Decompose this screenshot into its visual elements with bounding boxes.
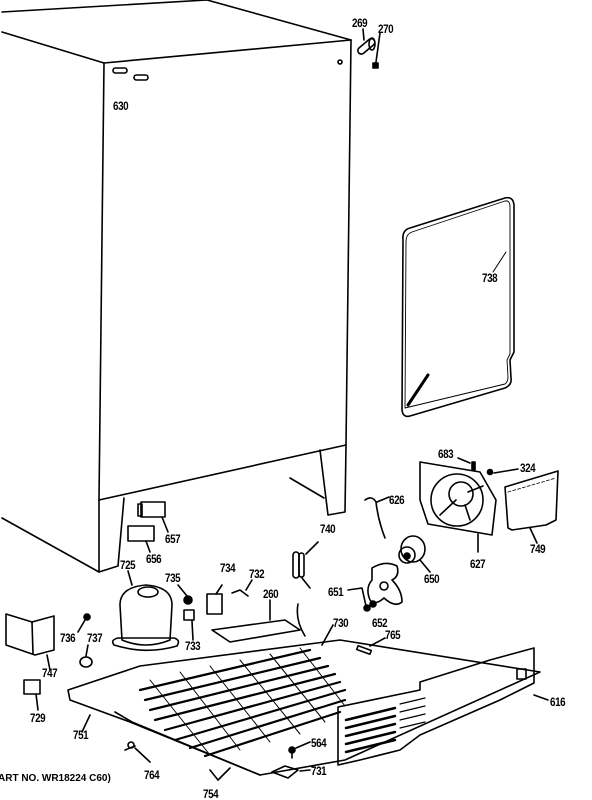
label-683: 683 — [438, 448, 453, 460]
part-650-fan-motor — [399, 536, 430, 572]
label-765: 765 — [385, 629, 400, 641]
label-725: 725 — [120, 559, 135, 571]
part-734-732 — [207, 580, 252, 614]
label-627: 627 — [470, 558, 485, 570]
label-734: 734 — [220, 562, 235, 574]
part-324-749-cover — [488, 469, 559, 543]
label-324: 324 — [520, 462, 535, 474]
part-751-base-730-evaporator — [68, 604, 540, 780]
part-626-wire — [365, 497, 389, 538]
part-627-fan-shroud — [420, 458, 496, 552]
label-260: 260 — [263, 588, 278, 600]
part-747-729-736-737 — [6, 614, 92, 710]
label-656: 656 — [146, 553, 161, 565]
label-749: 749 — [530, 543, 545, 555]
label-740: 740 — [320, 523, 335, 535]
label-729: 729 — [30, 712, 45, 724]
label-735: 735 — [165, 572, 180, 584]
label-751: 751 — [73, 729, 88, 741]
label-730: 730 — [333, 617, 348, 629]
label-650: 650 — [424, 573, 439, 585]
label-630: 630 — [113, 100, 128, 112]
label-737: 737 — [87, 632, 102, 644]
label-626: 626 — [389, 494, 404, 506]
label-747: 747 — [42, 667, 57, 679]
label-616: 616 — [550, 696, 565, 708]
part-269-270 — [356, 29, 380, 68]
part-651-652-fan-blade — [348, 563, 402, 611]
label-657: 657 — [165, 533, 180, 545]
refrigerator-cabinet — [2, 0, 351, 572]
label-651: 651 — [328, 586, 343, 598]
label-269: 269 — [352, 17, 367, 29]
label-754: 754 — [203, 788, 218, 800]
part-735-733 — [178, 585, 194, 640]
label-732: 732 — [249, 568, 264, 580]
label-731: 731 — [311, 765, 326, 777]
part-number-note: ART NO. WR18224 C60) — [0, 773, 111, 784]
part-616-grille — [338, 648, 548, 765]
label-764: 764 — [144, 769, 159, 781]
part-740-defrost-thermostat — [293, 542, 318, 588]
label-270: 270 — [378, 23, 393, 35]
part-738-heater-loop — [402, 198, 514, 417]
label-564: 564 — [311, 737, 326, 749]
label-738: 738 — [482, 272, 497, 284]
part-657-656-brackets — [128, 502, 168, 552]
label-733: 733 — [185, 640, 200, 652]
part-260-drain-trough — [212, 600, 300, 642]
label-736: 736 — [60, 632, 75, 644]
exploded-parts-diagram — [0, 0, 592, 800]
